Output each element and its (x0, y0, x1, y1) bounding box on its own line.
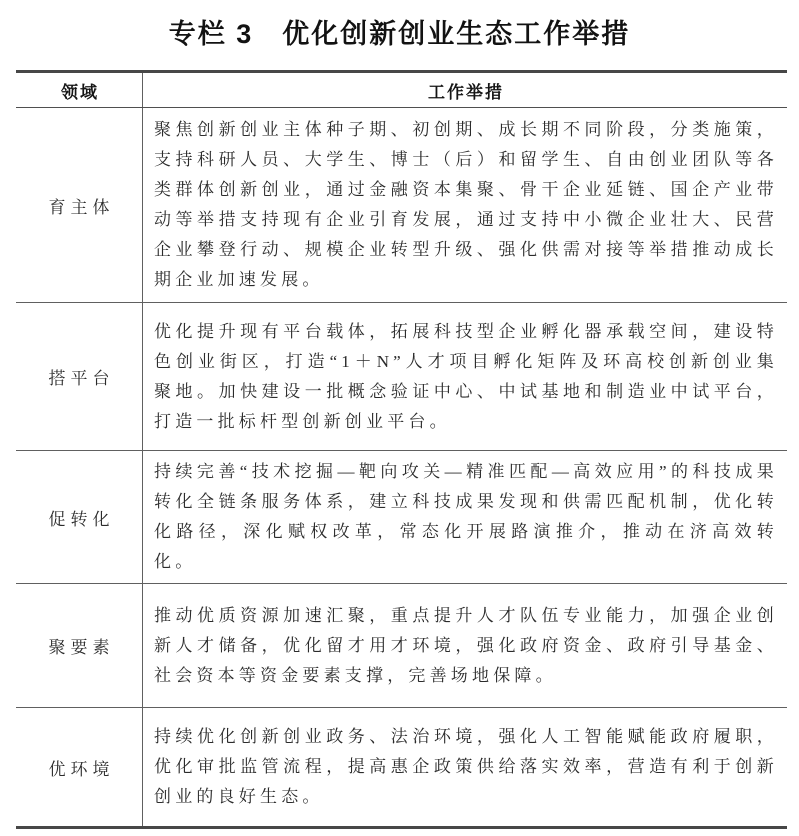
field-label: 聚要素 (16, 584, 143, 707)
field-label: 搭平台 (16, 303, 143, 450)
measures-cell: 聚焦创新创业主体种子期、初创期、成长期不同阶段，分类施策，支持科研人员、大学生、… (143, 108, 787, 302)
measures-text: 持续优化创新创业政务、法治环境，强化人工智能赋能政府履职，优化审批监管流程，提高… (154, 722, 778, 812)
table-row: 促转化 持续完善“技术挖掘—靶向攻关—精准匹配—高效应用”的科技成果转化全链条服… (16, 450, 787, 583)
field-label: 育主体 (16, 108, 143, 302)
table-row: 育主体 聚焦创新创业主体种子期、初创期、成长期不同阶段，分类施策，支持科研人员、… (16, 107, 787, 302)
measures-cell: 推动优质资源加速汇聚，重点提升人才队伍专业能力，加强企业创新人才储备，优化留才用… (143, 584, 787, 707)
measures-cell: 持续完善“技术挖掘—靶向攻关—精准匹配—高效应用”的科技成果转化全链条服务体系，… (143, 451, 787, 583)
measures-text: 推动优质资源加速汇聚，重点提升人才队伍专业能力，加强企业创新人才储备，优化留才用… (154, 601, 778, 691)
measures-cell: 持续优化创新创业政务、法治环境，强化人工智能赋能政府履职，优化审批监管流程，提高… (143, 708, 787, 826)
document-page: 专栏 3 优化创新创业生态工作举措 领域 工作举措 育主体 聚焦创新创业主体种子… (0, 0, 799, 836)
measures-table: 领域 工作举措 育主体 聚焦创新创业主体种子期、初创期、成长期不同阶段，分类施策… (16, 70, 787, 829)
header-cell-field: 领域 (16, 73, 143, 107)
measures-text: 持续完善“技术挖掘—靶向攻关—精准匹配—高效应用”的科技成果转化全链条服务体系，… (154, 457, 778, 577)
field-label: 优环境 (16, 708, 143, 826)
table-row: 搭平台 优化提升现有平台载体，拓展科技型企业孵化器承载空间，建设特色创业街区，打… (16, 302, 787, 450)
measures-cell: 优化提升现有平台载体，拓展科技型企业孵化器承载空间，建设特色创业街区，打造“1＋… (143, 303, 787, 450)
table-row: 优环境 持续优化创新创业政务、法治环境，强化人工智能赋能政府履职，优化审批监管流… (16, 707, 787, 826)
page-title: 专栏 3 优化创新创业生态工作举措 (0, 12, 799, 51)
field-label: 促转化 (16, 451, 143, 583)
measures-text: 聚焦创新创业主体种子期、初创期、成长期不同阶段，分类施策，支持科研人员、大学生、… (154, 115, 778, 295)
header-cell-measures: 工作举措 (143, 73, 787, 107)
table-row: 聚要素 推动优质资源加速汇聚，重点提升人才队伍专业能力，加强企业创新人才储备，优… (16, 583, 787, 707)
table-header-row: 领域 工作举措 (16, 73, 787, 107)
measures-text: 优化提升现有平台载体，拓展科技型企业孵化器承载空间，建设特色创业街区，打造“1＋… (154, 317, 778, 437)
